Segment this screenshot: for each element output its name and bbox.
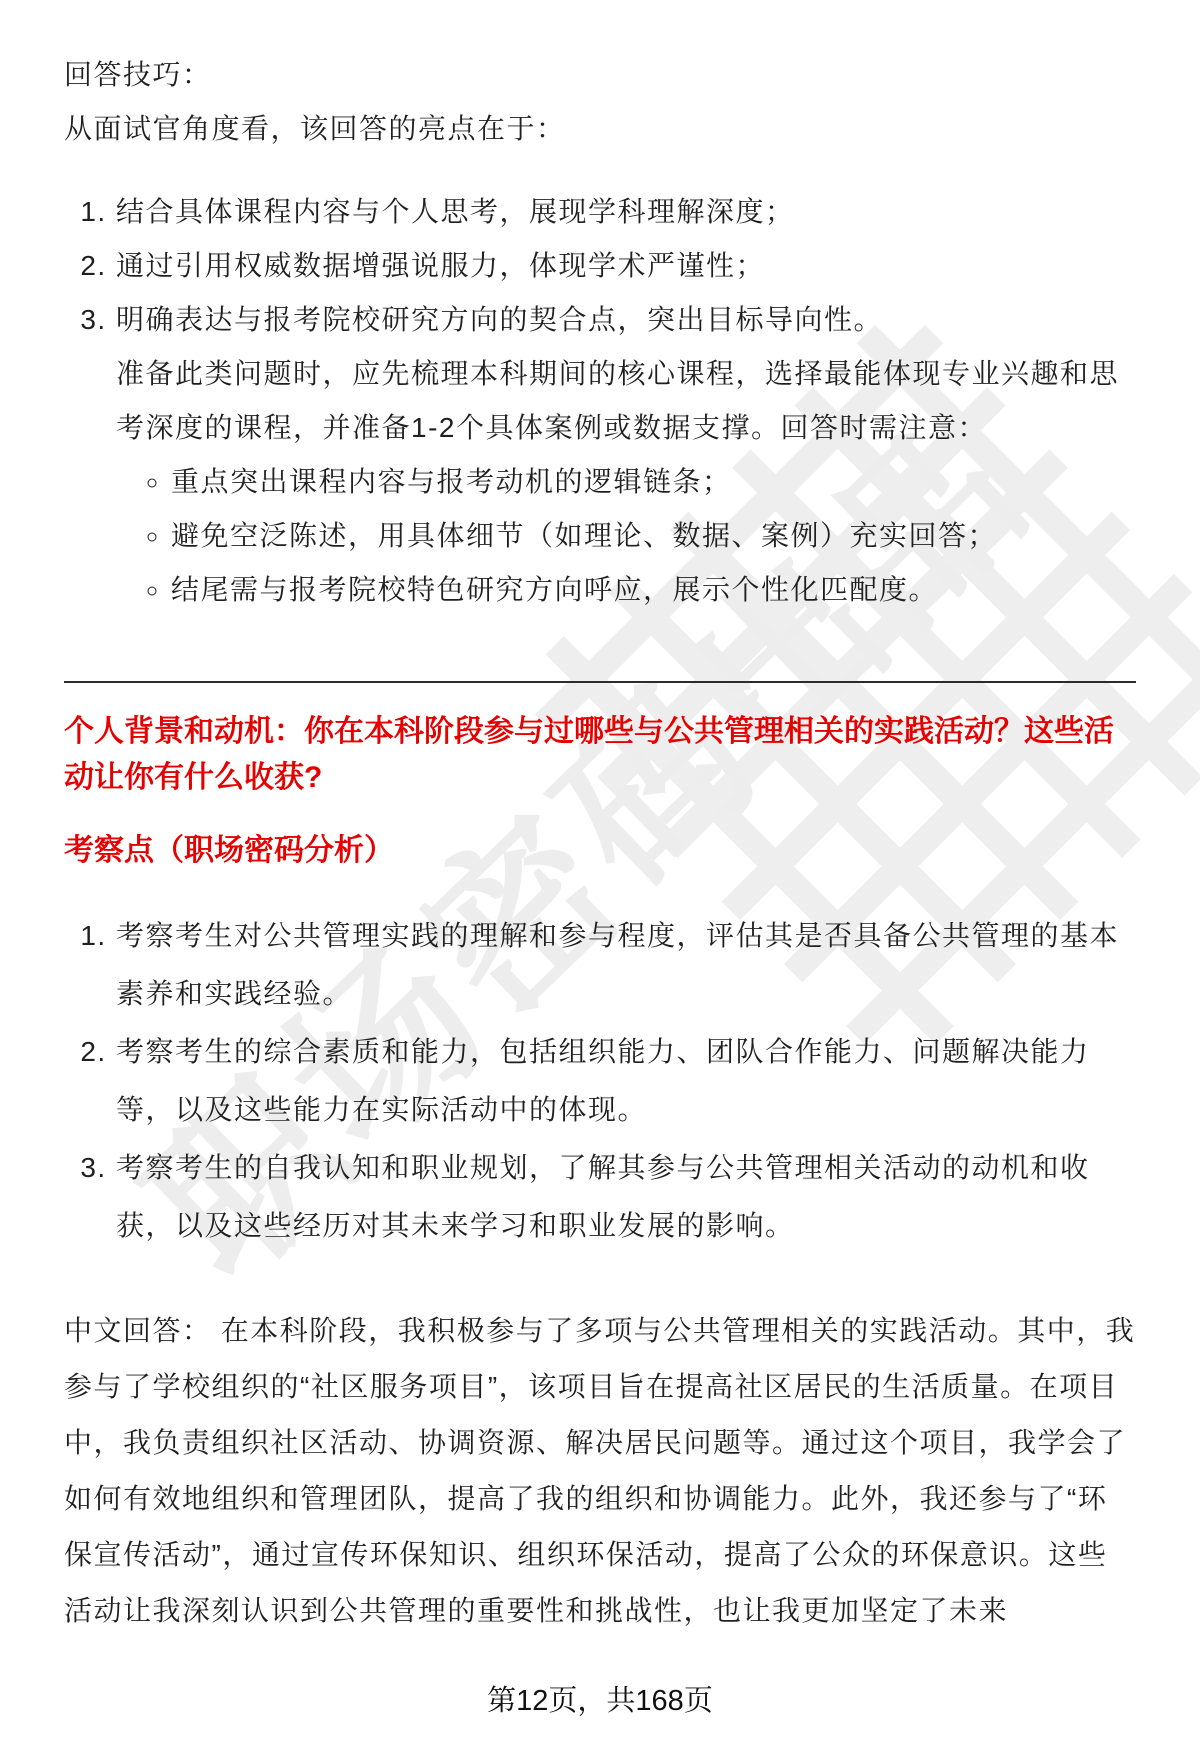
preparation-note: 准备此类问题时，应先梳理本科期间的核心课程，选择最能体现专业兴趣和思考深度的课程… [116,347,1136,455]
section-divider [64,681,1136,683]
highlights-list: 结合具体课程内容与个人思考，展现学科理解深度； 通过引用权威数据增强说服力，体现… [64,185,1136,617]
list-item: 结合具体课程内容与个人思考，展现学科理解深度； [116,185,1136,239]
document-page: 职场密码出品 回答技巧： 从面试官角度看，该回答的亮点在于： 结合具体课程内容与… [0,0,1200,1755]
attention-bullet-list: 重点突出课程内容与报考动机的逻辑链条； 避免空泛陈述，用具体细节（如理论、数据、… [116,455,1136,617]
list-item: 避免空泛陈述，用具体细节（如理论、数据、案例）充实回答； [171,509,1136,563]
chinese-answer-paragraph: 中文回答： 在本科阶段，我积极参与了多项与公共管理相关的实践活动。其中，我参与了… [64,1303,1136,1639]
list-item: 重点突出课程内容与报考动机的逻辑链条； [171,455,1136,509]
answer-tips-label: 回答技巧： [64,48,1136,102]
list-item-text: 明确表达与报考院校研究方向的契合点，突出目标导向性。 [116,304,883,335]
highlights-intro: 从面试官角度看，该回答的亮点在于： [64,102,1136,156]
page-content: 回答技巧： 从面试官角度看，该回答的亮点在于： 结合具体课程内容与个人思考，展现… [0,0,1200,1755]
list-item: 通过引用权威数据增强说服力，体现学术严谨性； [116,239,1136,293]
list-item: 考察考生对公共管理实践的理解和参与程度，评估其是否具备公共管理的基本素养和实践经… [116,907,1136,1023]
exam-points-list: 考察考生对公共管理实践的理解和参与程度，评估其是否具备公共管理的基本素养和实践经… [64,907,1136,1255]
analysis-points-heading: 考察点（职场密码分析） [64,831,1136,871]
question-heading: 个人背景和动机：你在本科阶段参与过哪些与公共管理相关的实践活动？这些活动让你有什… [64,709,1136,801]
list-item: 结尾需与报考院校特色研究方向呼应，展示个性化匹配度。 [171,563,1136,617]
list-item: 明确表达与报考院校研究方向的契合点，突出目标导向性。 准备此类问题时，应先梳理本… [116,293,1136,617]
list-item: 考察考生的自我认知和职业规划，了解其参与公共管理相关活动的动机和收获，以及这些经… [116,1139,1136,1255]
list-item: 考察考生的综合素质和能力，包括组织能力、团队合作能力、问题解决能力等，以及这些能… [116,1023,1136,1139]
page-footer: 第12页，共168页 [0,1684,1200,1718]
